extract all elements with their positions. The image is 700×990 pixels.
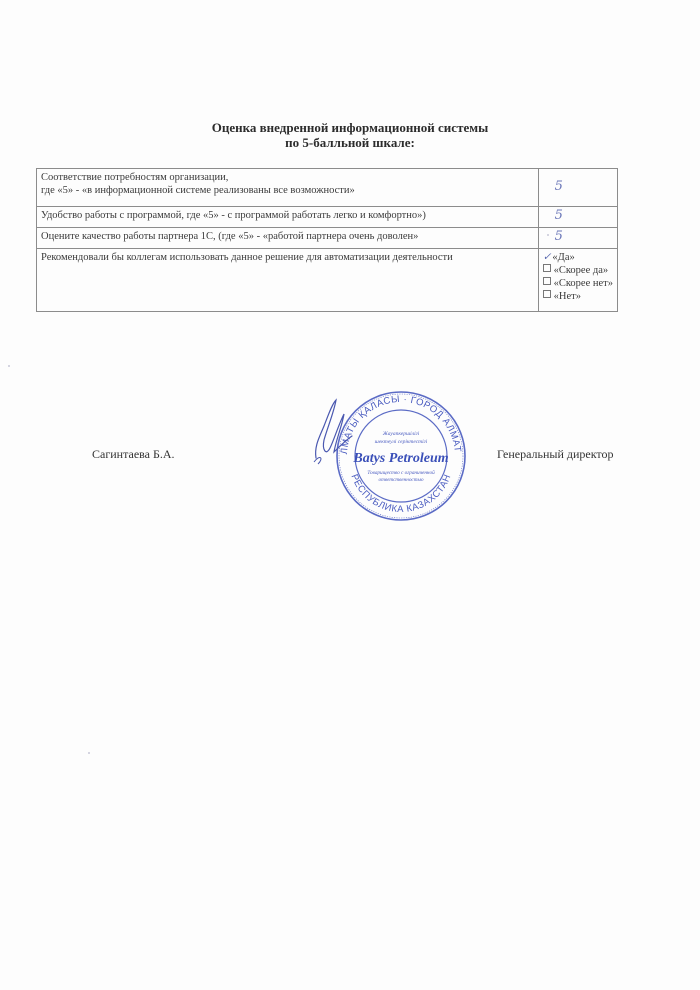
table-row: Удобство работы с программой, где «5» - … <box>37 207 618 228</box>
question-text: Удобство работы с программой, где «5» - … <box>41 209 534 222</box>
document-page: Оценка внедренной информационной системы… <box>0 0 700 990</box>
question-cell: Удобство работы с программой, где «5» - … <box>37 207 539 228</box>
option-yes: ✓«Да» <box>543 251 613 264</box>
question-text: Рекомендовали бы коллегам использовать д… <box>41 251 534 264</box>
option-label: «Да» <box>552 252 574 263</box>
handwritten-score: 5 <box>543 209 613 222</box>
table-row: Оцените качество работы партнера 1С, (гд… <box>37 228 618 249</box>
checkbox-empty-icon <box>543 264 551 272</box>
table-row: Рекомендовали бы коллегам использовать д… <box>37 249 618 312</box>
stamp-company-name: Batys Petroleum <box>352 451 448 466</box>
option-label: «Скорее да» <box>554 265 609 276</box>
stamp-inner-top-2: шектеулі серіктестігі <box>375 439 428 445</box>
handwritten-score: 5 <box>543 180 613 193</box>
answer-cell: 5 <box>538 169 617 207</box>
signer-position: Генеральный директор <box>497 447 614 462</box>
question-cell: Рекомендовали бы коллегам использовать д… <box>37 249 539 312</box>
answer-cell: ✓«Да» «Скорее да» «Скорее нет» «Нет» <box>538 249 617 312</box>
option-label: «Скорее нет» <box>554 278 613 289</box>
question-text: Оцените качество работы партнера 1С, (гд… <box>41 230 534 243</box>
title-line-1: Оценка внедренной информационной системы <box>0 120 700 135</box>
option-rather-no: «Скорее нет» <box>543 277 613 290</box>
stamp-inner-bottom-2: ответственностью <box>379 477 424 483</box>
checkbox-empty-icon <box>543 290 551 298</box>
table-row: Соответствие потребностям организации, г… <box>37 169 618 207</box>
checkmark-icon: ✓ <box>543 252 552 263</box>
question-cell: Соответствие потребностям организации, г… <box>37 169 539 207</box>
handwritten-score: 5 <box>543 230 613 243</box>
option-label: «Нет» <box>554 291 581 302</box>
scan-speck <box>547 234 549 236</box>
title-line-2: по 5-балльной шкале: <box>0 135 700 150</box>
question-text: Соответствие потребностям организации, <box>41 171 534 184</box>
stamp-inner-top-1: Жауапкершілігі <box>382 431 420 437</box>
option-rather-yes: «Скорее да» <box>543 264 613 277</box>
option-no: «Нет» <box>543 290 613 303</box>
scan-speck <box>8 365 10 367</box>
question-cell: Оцените качество работы партнера 1С, (гд… <box>37 228 539 249</box>
document-title: Оценка внедренной информационной системы… <box>0 120 700 150</box>
answer-cell: 5 <box>538 207 617 228</box>
evaluation-table: Соответствие потребностям организации, г… <box>36 168 618 312</box>
signer-name: Сагинтаева Б.А. <box>92 447 175 462</box>
signature-scribble <box>310 396 355 468</box>
checkbox-empty-icon <box>543 277 551 285</box>
scan-speck <box>88 752 90 754</box>
answer-cell: 5 <box>538 228 617 249</box>
stamp-inner-bottom-1: Товарищество с ограниченной <box>367 469 435 476</box>
question-text-detail: где «5» - «в информационной системе реал… <box>41 184 534 197</box>
